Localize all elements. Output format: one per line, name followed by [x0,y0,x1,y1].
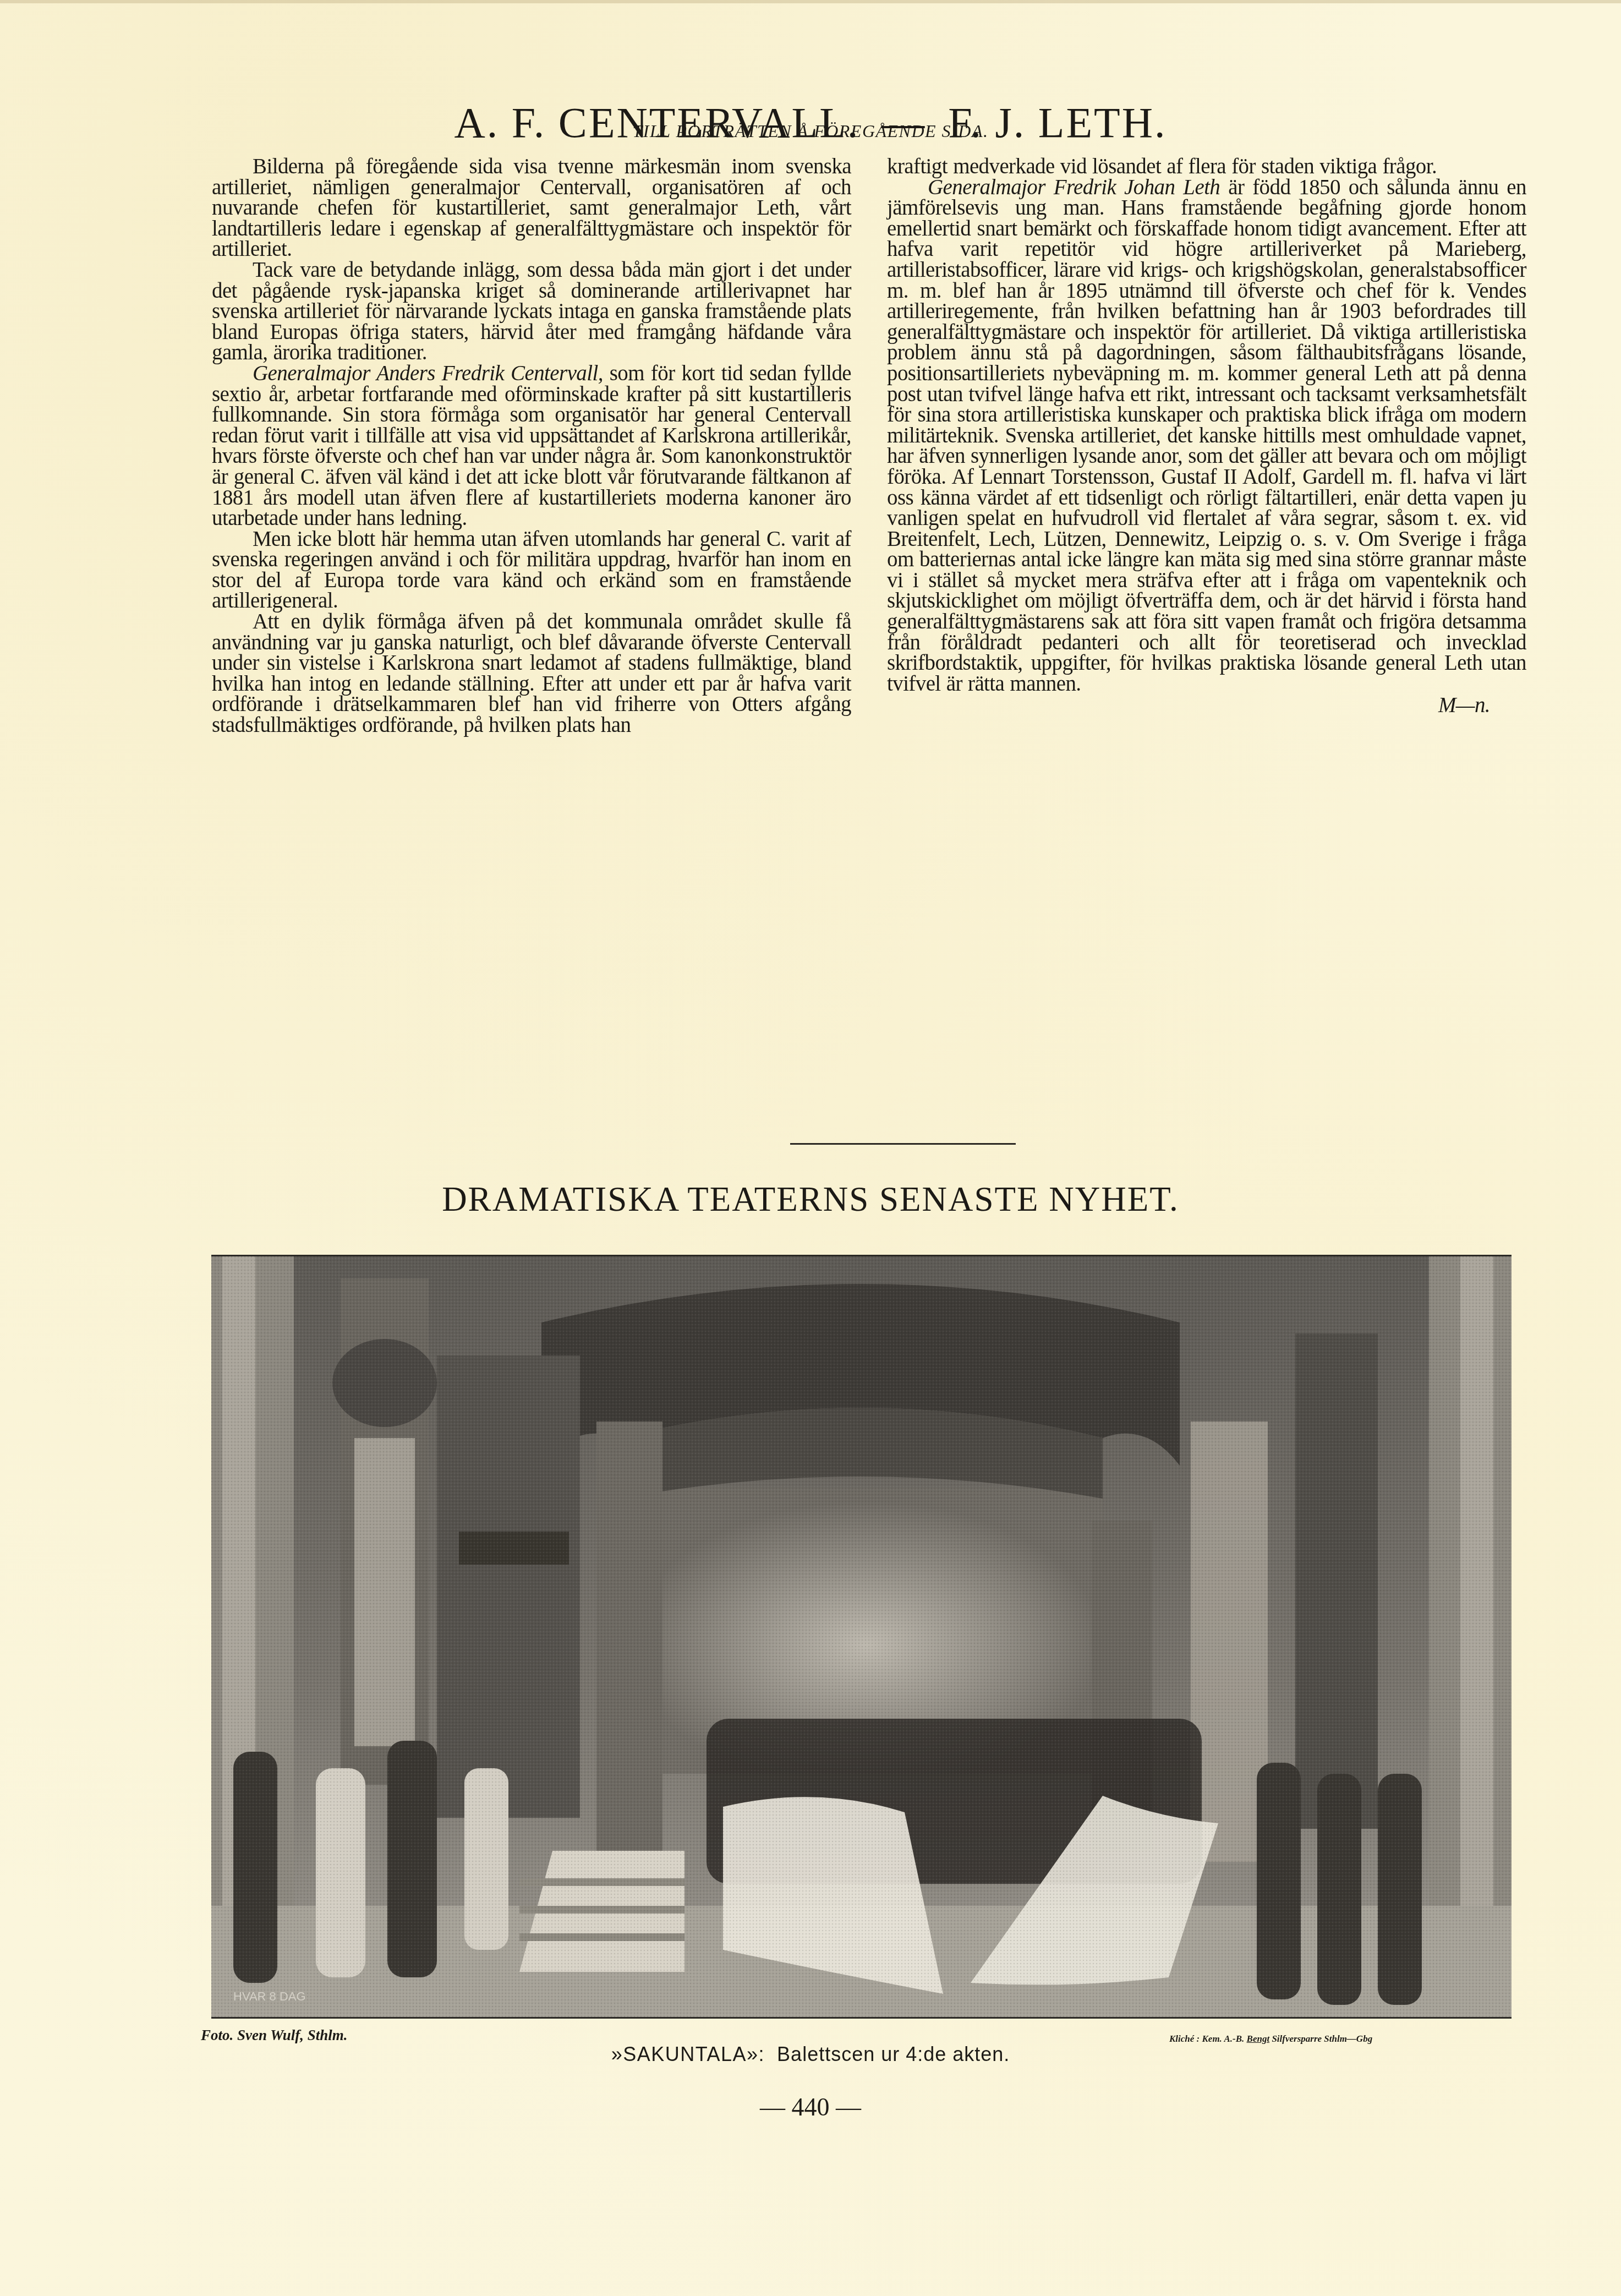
person-name-centervall: Generalmajor Anders Fredrik Centervall, [253,362,603,385]
paragraph-text: som för kort tid sedan fyllde sextio år,… [212,362,851,530]
paragraph: Generalmajor Fredrik Johan Leth är född … [887,177,1526,695]
caption-text: Balettscen ur 4:de akten. [777,2043,1010,2065]
article-subtitle: TILL PORTRÄTTEN Å FÖREGÅENDE SIDA. [0,122,1621,140]
paragraph-text: Tack vare de betydande inlägg, som dessa… [212,258,851,364]
author-signature: M—n. [887,695,1526,716]
article-left-column: Bilderna på föregående sida visa tvenne … [212,156,851,736]
paragraph: Bilderna på föregående sida visa tvenne … [212,156,851,260]
paragraph: Men icke blott här hemma utan äfven utom… [212,529,851,611]
photo-credit: Foto. Sven Wulf, Sthlm. [201,2027,348,2044]
cliche-credit-underlined: Bengt [1247,2033,1270,2044]
stage-photograph: HVAR 8 DAG [211,1255,1512,2019]
section-heading: DRAMATISKA TEATERNS SENASTE NYHET. [0,1182,1621,1217]
cliche-credit: Kliché : Kem. A.-B. Bengt Silfversparre … [1169,2033,1372,2044]
stage-scene-illustration: HVAR 8 DAG [211,1256,1512,2017]
paragraph-text: är född 1850 och sålunda ännu en jämföre… [887,176,1526,696]
paragraph: Tack vare de betydande inlägg, som dessa… [212,260,851,363]
photo-watermark: HVAR 8 DAG [233,1989,306,2003]
page-top-edge [0,0,1621,3]
cliche-credit-suffix: Silfversparre Sthlm—Gbg [1269,2033,1372,2044]
section-divider [790,1143,1016,1145]
photo-caption: »SAKUNTALA»: Balettscen ur 4:de akten. [0,2043,1621,2066]
article-right-column: kraftigt medverkade vid lösandet af fler… [887,156,1526,716]
paragraph: Att en dylik förmåga äfven på det kommun… [212,611,851,736]
page-number: — 440 — [0,2095,1621,2120]
person-name-leth: Generalmajor Fredrik Johan Leth [928,176,1220,199]
caption-play-title: »SAKUNTALA»: [611,2043,765,2065]
paragraph: Generalmajor Anders Fredrik Centervall, … [212,363,851,529]
cliche-credit-prefix: Kliché : Kem. A.-B. [1169,2033,1247,2044]
paragraph: kraftigt medverkade vid lösandet af fler… [887,156,1526,177]
